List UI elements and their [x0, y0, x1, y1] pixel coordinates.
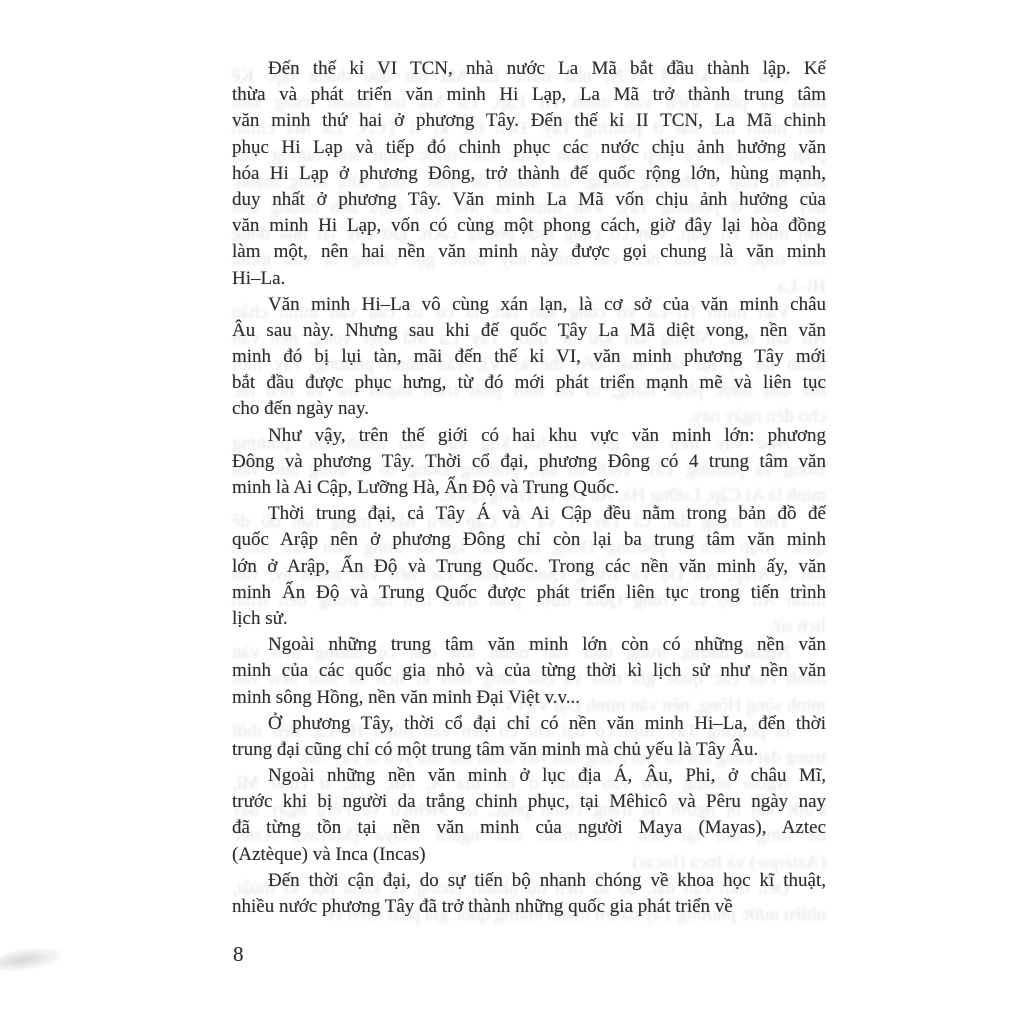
text-line: trước khi bị người da trắng chinh phục, … [232, 789, 826, 815]
paragraph: Ngoài những nền văn minh ở lục địa Á, Âu… [232, 763, 826, 868]
text-line: quốc Arập nên ở phương Đông chỉ còn lại … [232, 527, 826, 553]
text-line: Đến thế kỉ VI TCN, nhà nước La Mã bắt đầ… [232, 56, 826, 82]
text-line: nhiều nước phương Tây đã trở thành những… [232, 894, 826, 920]
paragraph: Ở phương Tây, thời cổ đại chỉ có nền văn… [232, 711, 826, 763]
paragraph: Văn minh Hi–La vô cùng xán lạn, là cơ sở… [232, 292, 826, 423]
text-line: minh là Ai Cập, Lưỡng Hà, Ấn Độ và Trung… [232, 475, 826, 501]
page-text: Đến thế kỉ VI TCN, nhà nước La Mã bắt đầ… [232, 56, 826, 920]
text-line: minh sông Hồng, nền văn minh Đại Việt v.… [232, 685, 826, 711]
scan-speck [566, 335, 569, 339]
text-line: Thời trung đại, cả Tây Á và Ai Cập đều n… [232, 501, 826, 527]
text-line: Văn minh Hi–La vô cùng xán lạn, là cơ sở… [232, 292, 826, 318]
text-line: Ngoài những trung tâm văn minh lớn còn c… [232, 632, 826, 658]
text-line: minh đó bị lụi tàn, mãi đến thế kỉ VI, v… [232, 344, 826, 370]
text-line: bắt đầu được phục hưng, từ đó mới phát t… [232, 370, 826, 396]
text-line: lịch sử. [232, 606, 826, 632]
paragraph: Đến thời cận đại, do sự tiến bộ nhanh ch… [232, 868, 826, 920]
scan-smudge [0, 943, 65, 975]
text-line: Hi–La. [232, 266, 826, 292]
text-line: (Aztèque) và Inca (Incas) [232, 842, 826, 868]
text-line: Ngoài những nền văn minh ở lục địa Á, Âu… [232, 763, 826, 789]
text-line: Như vậy, trên thế giới có hai khu vực vă… [232, 423, 826, 449]
text-line: thừa và phát triển văn minh Hi Lạp, La M… [232, 82, 826, 108]
text-line: phục Hi Lạp và tiếp đó chinh phục các nư… [232, 135, 826, 161]
text-line: đã từng tồn tại nền văn minh của người M… [232, 815, 826, 841]
text-line: duy nhất ở phương Tây. Văn minh La Mã vố… [232, 187, 826, 213]
page-number: 8 [233, 941, 244, 967]
text-line: cho đến ngày nay. [232, 396, 826, 422]
text-line: Âu sau này. Nhưng sau khi đế quốc Tây La… [232, 318, 826, 344]
paragraph: Ngoài những trung tâm văn minh lớn còn c… [232, 632, 826, 711]
text-line: văn minh thứ hai ở phương Tây. Đến thế k… [232, 108, 826, 134]
text-line: trung đại cũng chỉ có một trung tâm văn … [232, 737, 826, 763]
text-line: hóa Hi Lạp ở phương Đông, trở thành đế q… [232, 161, 826, 187]
text-line: làm một, nên hai nền văn minh này được g… [232, 239, 826, 265]
text-line: lớn ở Arập, Ấn Độ và Trung Quốc. Trong c… [232, 554, 826, 580]
text-line: Ở phương Tây, thời cổ đại chỉ có nền văn… [232, 711, 826, 737]
book-page: Đến thế kỉ VI TCN, nhà nước La Mã bắt đầ… [0, 0, 1024, 1024]
text-line: Đến thời cận đại, do sự tiến bộ nhanh ch… [232, 868, 826, 894]
paragraph: Đến thế kỉ VI TCN, nhà nước La Mã bắt đầ… [232, 56, 826, 292]
paragraph: Như vậy, trên thế giới có hai khu vực vă… [232, 423, 826, 502]
paragraph: Thời trung đại, cả Tây Á và Ai Cập đều n… [232, 501, 826, 632]
text-line: minh Ấn Độ và Trung Quốc được phát triển… [232, 580, 826, 606]
text-line: văn minh Hi Lạp, vốn có cùng một phong c… [232, 213, 826, 239]
text-line: Đông và phương Tây. Thời cổ đại, phương … [232, 449, 826, 475]
text-line: minh của các quốc gia nhỏ và của từng th… [232, 658, 826, 684]
